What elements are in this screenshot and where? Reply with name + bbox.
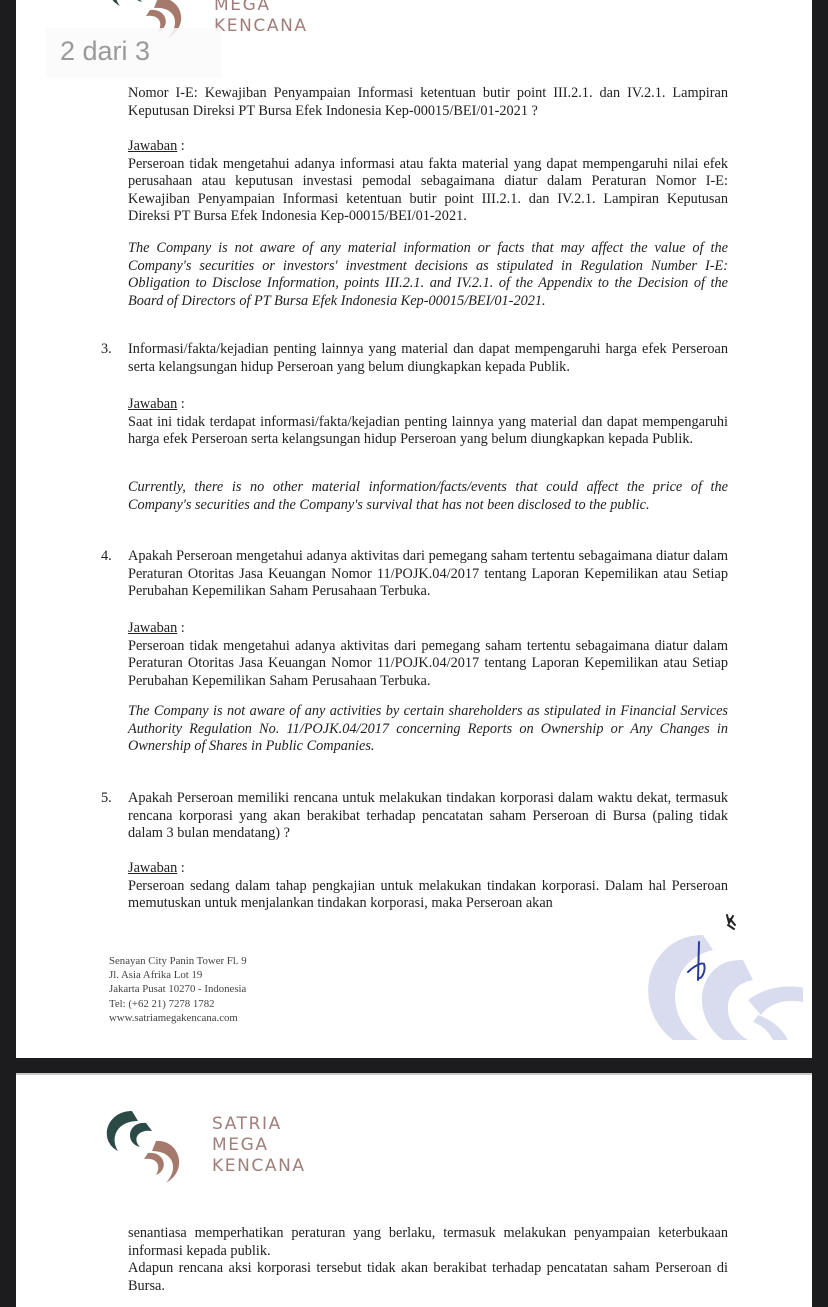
answer-label: Jawaban [128, 396, 177, 412]
company-logo: SATRIA MEGA KENCANA [100, 1107, 200, 1189]
answer-3-english: Currently, there is no other material in… [128, 479, 728, 514]
answer-text-id: Perseroan tidak mengetahui adanya aktivi… [128, 638, 728, 691]
watermark-logo-icon [633, 930, 803, 1050]
answer-4-english: The Company is not aware of any activiti… [128, 703, 728, 756]
document-page-2: SATRIA MEGA KENCANA senantiasa memperhat… [16, 1073, 812, 1307]
question-text: Apakah Perseroan mengetahui adanya aktiv… [128, 548, 728, 601]
address-line: Jl. Asia Afrika Lot 19 [109, 968, 247, 982]
answer-text-en: The Company is not aware of any activiti… [128, 703, 728, 756]
satria-logo-icon [100, 1107, 200, 1189]
address-line: Senayan City Panin Tower Fl. 9 [109, 954, 247, 968]
logo-text-mega: MEGA [214, 0, 308, 16]
answer-2-english: The Company is not aware of any material… [128, 240, 728, 310]
question-4: 4. Apakah Perseroan mengetahui adanya ak… [128, 548, 728, 601]
question-3: 3. Informasi/fakta/kejadian penting lain… [128, 341, 728, 376]
logo-text-kencana: KENCANA [212, 1156, 306, 1177]
answer-text-en: Currently, there is no other material in… [128, 479, 728, 514]
answer-text-id: Saat ini tidak terdapat informasi/fakta/… [128, 414, 728, 449]
answer-2: Jawaban : Perseroan tidak mengetahui ada… [128, 138, 728, 226]
question-5: 5. Apakah Perseroan memiliki rencana unt… [128, 790, 728, 843]
answer-label: Jawaban [128, 860, 177, 876]
signature-icon [684, 940, 714, 990]
question-2-continuation: Nomor I-E: Kewajiban Penyampaian Informa… [128, 85, 728, 120]
company-address: Senayan City Panin Tower Fl. 9 Jl. Asia … [109, 954, 247, 1025]
logo-text-mega: MEGA [212, 1135, 306, 1156]
paragraph-corporate-action: Adapun rencana aksi korporasi tersebut t… [128, 1260, 728, 1295]
logo-text-kencana: KENCANA [214, 16, 308, 37]
question-number: 5. [101, 790, 112, 808]
answer-label: Jawaban [128, 620, 177, 636]
answer-3: Jawaban : Saat ini tidak terdapat inform… [128, 396, 728, 449]
question-text: Nomor I-E: Kewajiban Penyampaian Informa… [128, 85, 728, 120]
answer-text-id: Perseroan tidak mengetahui adanya inform… [128, 156, 728, 226]
question-number: 4. [101, 548, 112, 566]
question-text: Apakah Perseroan memiliki rencana untuk … [128, 790, 728, 843]
document-body: senantiasa memperhatikan peraturan yang … [128, 1225, 728, 1295]
question-number: 3. [101, 341, 112, 359]
document-page-1: MEGA KENCANA 2 dari 3 Nomor I-E: Kewajib… [16, 0, 812, 1058]
address-website: www.satriamegakencana.com [109, 1011, 247, 1025]
page-indicator: 2 dari 3 [46, 28, 221, 78]
logo-text-satria: SATRIA [212, 1114, 306, 1135]
answer-text-id: Perseroan sedang dalam tahap pengkajian … [128, 878, 728, 913]
answer-label: Jawaban [128, 138, 177, 154]
answer-text-en: The Company is not aware of any material… [128, 240, 728, 310]
question-text: Informasi/fakta/kejadian penting lainnya… [128, 341, 728, 376]
address-phone: Tel: (+62 21) 7278 1782 [109, 997, 247, 1011]
answer-5: Jawaban : Perseroan sedang dalam tahap p… [128, 860, 728, 913]
paragraph-continuation: senantiasa memperhatikan peraturan yang … [128, 1225, 728, 1260]
answer-4: Jawaban : Perseroan tidak mengetahui ada… [128, 620, 728, 690]
address-line: Jakarta Pusat 10270 - Indonesia [109, 982, 247, 996]
document-body: Nomor I-E: Kewajiban Penyampaian Informa… [128, 85, 728, 945]
